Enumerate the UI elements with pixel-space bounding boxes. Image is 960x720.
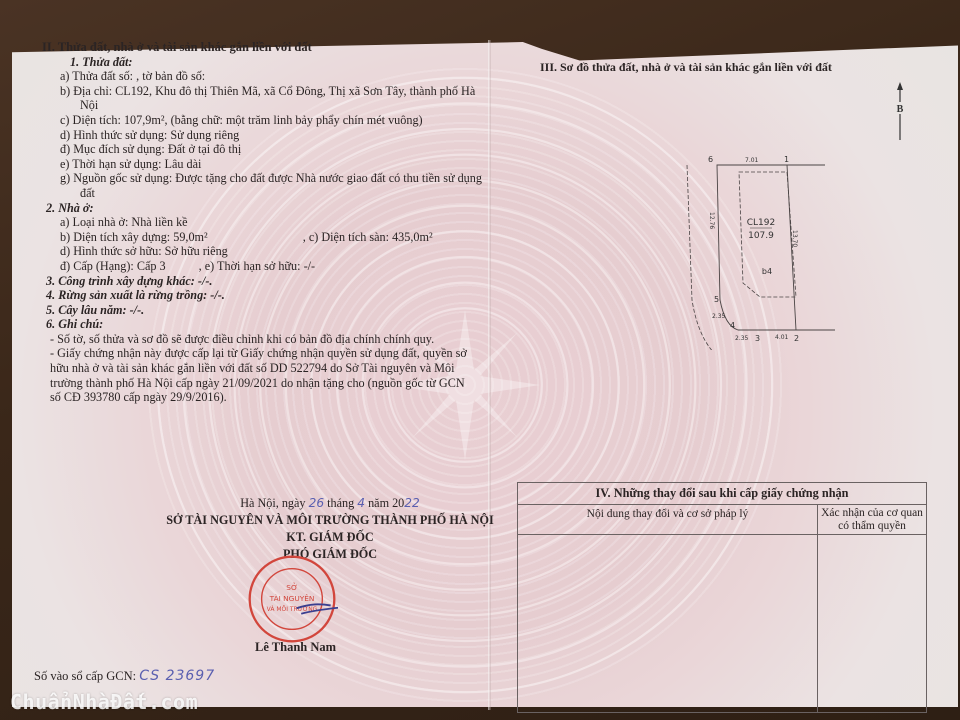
- house-heading: 2. Nhà ở:: [42, 201, 482, 216]
- land-use-origin-cont: đất: [42, 186, 482, 201]
- floor-area: , c) Diện tích sàn: 435,0m²: [211, 230, 433, 244]
- svg-text:SỞ: SỞ: [286, 582, 297, 592]
- ownership-term: , e) Thời hạn sở hữu: -/-: [169, 259, 315, 273]
- page-fold: [488, 40, 491, 710]
- svg-text:13.70: 13.70: [791, 230, 798, 247]
- issue-day: 26: [309, 496, 325, 510]
- perennial-trees: 5. Cây lâu năm: -/-.: [42, 303, 482, 318]
- land-parcel-number: a) Thửa đất số: , tờ bản đồ số:: [42, 69, 482, 84]
- land-use-origin: g) Nguồn gốc sử dụng: Được tặng cho đất …: [42, 171, 482, 186]
- changes-table: IV. Những thay đổi sau khi cấp giấy chứn…: [517, 482, 927, 713]
- change-content-cell: [518, 535, 818, 713]
- land-use-term: e) Thời hạn sử dụng: Lâu dài: [42, 157, 482, 172]
- issue-month: 4: [357, 496, 365, 510]
- register-label: Số vào sổ cấp GCN:: [34, 669, 136, 683]
- svg-text:b4: b4: [762, 267, 772, 276]
- issue-year: 22: [404, 496, 420, 510]
- official-red-seal-icon: SỞ TÀI NGUYÊN VÀ MÔI TRƯỜNG: [246, 553, 338, 645]
- land-address-cont: Nội: [42, 98, 482, 113]
- section-2-land-and-house: II. Thửa đất, nhà ở và tài sản khác gắn …: [42, 40, 482, 405]
- svg-text:5: 5: [714, 295, 719, 304]
- authority-confirmation-cell: [818, 535, 927, 713]
- svg-text:1: 1: [784, 155, 789, 164]
- house-type: a) Loại nhà ở: Nhà liền kề: [42, 215, 482, 230]
- register-number: Số vào sổ cấp GCN: CS 23697: [34, 668, 215, 684]
- issuing-organization: SỞ TÀI NGUYÊN VÀ MÔI TRƯỜNG THÀNH PHỐ HÀ…: [160, 512, 500, 529]
- column-header-change-content: Nội dung thay đổi và cơ sở pháp lý: [518, 505, 818, 535]
- section-4-title: IV. Những thay đổi sau khi cấp giấy chứn…: [518, 483, 927, 505]
- svg-text:2.35: 2.35: [712, 313, 726, 320]
- land-heading: 1. Thửa đất:: [42, 55, 482, 70]
- site-watermark: ChuẩnNhàĐất.com: [10, 690, 198, 714]
- on-behalf-of: KT. GIÁM ĐỐC: [160, 529, 500, 546]
- svg-text:4.01: 4.01: [775, 334, 789, 341]
- svg-text:6: 6: [708, 155, 713, 164]
- parcel-diagram: 6 1 5 4 3 2 7.01 13.70 12.76 4.01 2.35 2…: [650, 150, 870, 350]
- issue-date: Hà Nội, ngày 26 tháng 4 năm 2022: [160, 495, 500, 512]
- signer-name: Lê Thanh Nam: [255, 640, 336, 655]
- production-forest: 4. Rừng sản xuất là rừng trồng: -/-.: [42, 288, 482, 303]
- svg-text:3: 3: [755, 334, 760, 343]
- land-area: c) Diện tích: 107,9m², (bằng chữ: một tr…: [42, 113, 482, 128]
- construction-area: b) Diện tích xây dựng: 59,0m²: [60, 230, 208, 244]
- land-use-form: d) Hình thức sử dụng: Sử dụng riêng: [42, 128, 482, 143]
- svg-text:2: 2: [794, 334, 799, 343]
- svg-text:4: 4: [730, 321, 735, 330]
- house-ownership: d) Hình thức sở hữu: Sở hữu riêng: [42, 244, 482, 259]
- note-item: - Số tờ, số thửa và sơ đồ sẽ được điều c…: [50, 332, 482, 347]
- section-2-title: II. Thửa đất, nhà ở và tài sản khác gắn …: [42, 40, 482, 55]
- land-use-purpose: đ) Mục đích sử dụng: Đất ở tại đô thị: [42, 142, 482, 157]
- house-construction-area: b) Diện tích xây dựng: 59,0m² , c) Diện …: [42, 230, 482, 245]
- house-grade-row: đ) Cấp (Hạng): Cấp 3 , e) Thời hạn sở hữ…: [42, 259, 482, 274]
- note-item: - Giấy chứng nhận này được cấp lại từ Gi…: [50, 346, 470, 404]
- svg-text:12.76: 12.76: [708, 212, 715, 229]
- section-3-title: III. Sơ đồ thửa đất, nhà ở và tài sản kh…: [540, 60, 832, 75]
- svg-text:TÀI NGUYÊN: TÀI NGUYÊN: [269, 594, 315, 603]
- svg-text:107.9: 107.9: [748, 231, 774, 241]
- land-address: b) Địa chỉ: CL192, Khu đô thị Thiên Mã, …: [42, 84, 482, 99]
- notes-heading: 6. Ghi chú:: [42, 317, 482, 332]
- register-value: CS 23697: [139, 668, 215, 684]
- svg-text:2.35: 2.35: [735, 335, 749, 342]
- column-header-authority-confirmation: Xác nhận của cơ quan có thẩm quyền: [818, 505, 927, 535]
- svg-text:CL192: CL192: [747, 218, 775, 228]
- svg-text:B: B: [897, 104, 904, 115]
- house-grade: đ) Cấp (Hạng): Cấp 3: [60, 259, 166, 273]
- svg-text:7.01: 7.01: [745, 157, 759, 164]
- notes-list: - Số tờ, số thửa và sơ đồ sẽ được điều c…: [42, 332, 482, 405]
- north-arrow-icon: B: [893, 82, 907, 142]
- other-construction: 3. Công trình xây dựng khác: -/-.: [42, 274, 482, 289]
